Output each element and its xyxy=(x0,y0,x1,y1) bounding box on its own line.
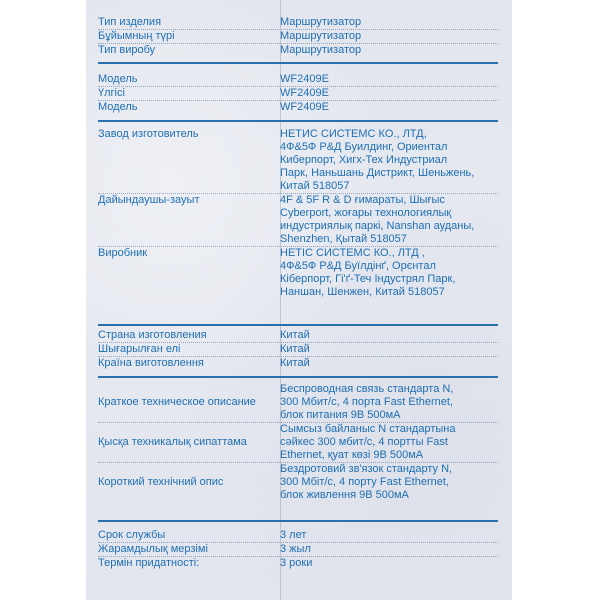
row-value: Маршрутизатор xyxy=(280,44,498,57)
row-value: Сымсыз байланыс N стандартына сәйкес 300… xyxy=(280,423,498,462)
row-value: Беспроводная связь стандарта N, 300 Мбит… xyxy=(280,383,498,422)
table-row: Шығарылған елі Китай xyxy=(98,343,498,357)
row-value: WF2409E xyxy=(280,101,498,114)
section-service-life: Срок службы 3 лет Жарамдылық мерзімі 3 ж… xyxy=(98,529,498,570)
row-value: НЕТІС СИСТЕМС КО., ЛТД , 4Ф&5Ф Р&Д Буїлд… xyxy=(280,247,498,299)
section-divider xyxy=(98,520,498,522)
table-row: Дайындаушы-зауыт 4F & 5F R & D ғимараты,… xyxy=(98,194,498,247)
row-value: Маршрутизатор xyxy=(280,16,498,29)
row-label: Тип изделия xyxy=(98,16,280,29)
table-row: Тип виробу Маршрутизатор xyxy=(98,44,498,57)
table-row: Модель WF2409E xyxy=(98,101,498,114)
row-value: Китай xyxy=(280,343,498,356)
row-value: WF2409E xyxy=(280,73,498,86)
table-row: Страна изготовления Китай xyxy=(98,329,498,343)
table-row: Қысқа техникалық сипаттама Сымсыз байлан… xyxy=(98,423,498,463)
table-row: Завод изготовитель НЕТИС СИСТЕМС КО., ЛТ… xyxy=(98,128,498,194)
row-label: Країна виготовлення xyxy=(98,357,280,370)
section-divider xyxy=(98,324,498,326)
section-divider xyxy=(98,120,498,122)
table-row: Жарамдылық мерзімі 3 жыл xyxy=(98,543,498,557)
table-row: Срок службы 3 лет xyxy=(98,529,498,543)
table-row: Країна виготовлення Китай xyxy=(98,357,498,370)
row-label: Жарамдылық мерзімі xyxy=(98,543,280,556)
row-label: Виробник xyxy=(98,247,280,299)
section-tech-description: Краткое техническое описание Беспроводна… xyxy=(98,383,498,502)
section-manufacturer: Завод изготовитель НЕТИС СИСТЕМС КО., ЛТ… xyxy=(98,128,498,299)
row-label: Тип виробу xyxy=(98,44,280,57)
row-label: Қысқа техникалық сипаттама xyxy=(98,423,280,462)
row-label: Краткое техническое описание xyxy=(98,383,280,422)
table-row: Тип изделия Маршрутизатор xyxy=(98,16,498,30)
row-label: Модель xyxy=(98,73,280,86)
section-divider xyxy=(98,376,498,378)
row-value: Бездротовий зв'язок стандарту N, 300 Мбі… xyxy=(280,463,498,502)
row-label: Термін придатності: xyxy=(98,557,280,570)
row-value: 3 роки xyxy=(280,557,498,570)
table-row: Краткое техническое описание Беспроводна… xyxy=(98,383,498,423)
row-value: Маршрутизатор xyxy=(280,30,498,43)
spec-sheet-paper: Тип изделия Маршрутизатор Бұйымның түрі … xyxy=(86,0,512,600)
row-value: НЕТИС СИСТЕМС КО., ЛТД, 4Ф&5Ф Р&Д Буилди… xyxy=(280,128,498,193)
section-model: Модель WF2409E Үлгісі WF2409E Модель WF2… xyxy=(98,73,498,114)
row-value: 4F & 5F R & D ғимараты, Шығыс Cyberport,… xyxy=(280,194,498,246)
row-value: WF2409E xyxy=(280,87,498,100)
row-label: Модель xyxy=(98,101,280,114)
section-product-type: Тип изделия Маршрутизатор Бұйымның түрі … xyxy=(98,16,498,57)
section-country: Страна изготовления Китай Шығарылған елі… xyxy=(98,329,498,370)
table-row: Модель WF2409E xyxy=(98,73,498,87)
row-value: Китай xyxy=(280,329,498,342)
row-value: 3 жыл xyxy=(280,543,498,556)
row-label: Завод изготовитель xyxy=(98,128,280,193)
table-row: Термін придатності: 3 роки xyxy=(98,557,498,570)
row-value: Китай xyxy=(280,357,498,370)
table-row: Виробник НЕТІС СИСТЕМС КО., ЛТД , 4Ф&5Ф … xyxy=(98,247,498,299)
row-label: Дайындаушы-зауыт xyxy=(98,194,280,246)
table-row: Бұйымның түрі Маршрутизатор xyxy=(98,30,498,44)
row-label: Бұйымның түрі xyxy=(98,30,280,43)
table-row: Үлгісі WF2409E xyxy=(98,87,498,101)
table-row: Короткий технічний опис Бездротовий зв'я… xyxy=(98,463,498,502)
row-label: Срок службы xyxy=(98,529,280,542)
section-divider xyxy=(98,62,498,64)
row-label: Шығарылған елі xyxy=(98,343,280,356)
row-label: Короткий технічний опис xyxy=(98,463,280,502)
row-value: 3 лет xyxy=(280,529,498,542)
row-label: Страна изготовления xyxy=(98,329,280,342)
row-label: Үлгісі xyxy=(98,87,280,100)
